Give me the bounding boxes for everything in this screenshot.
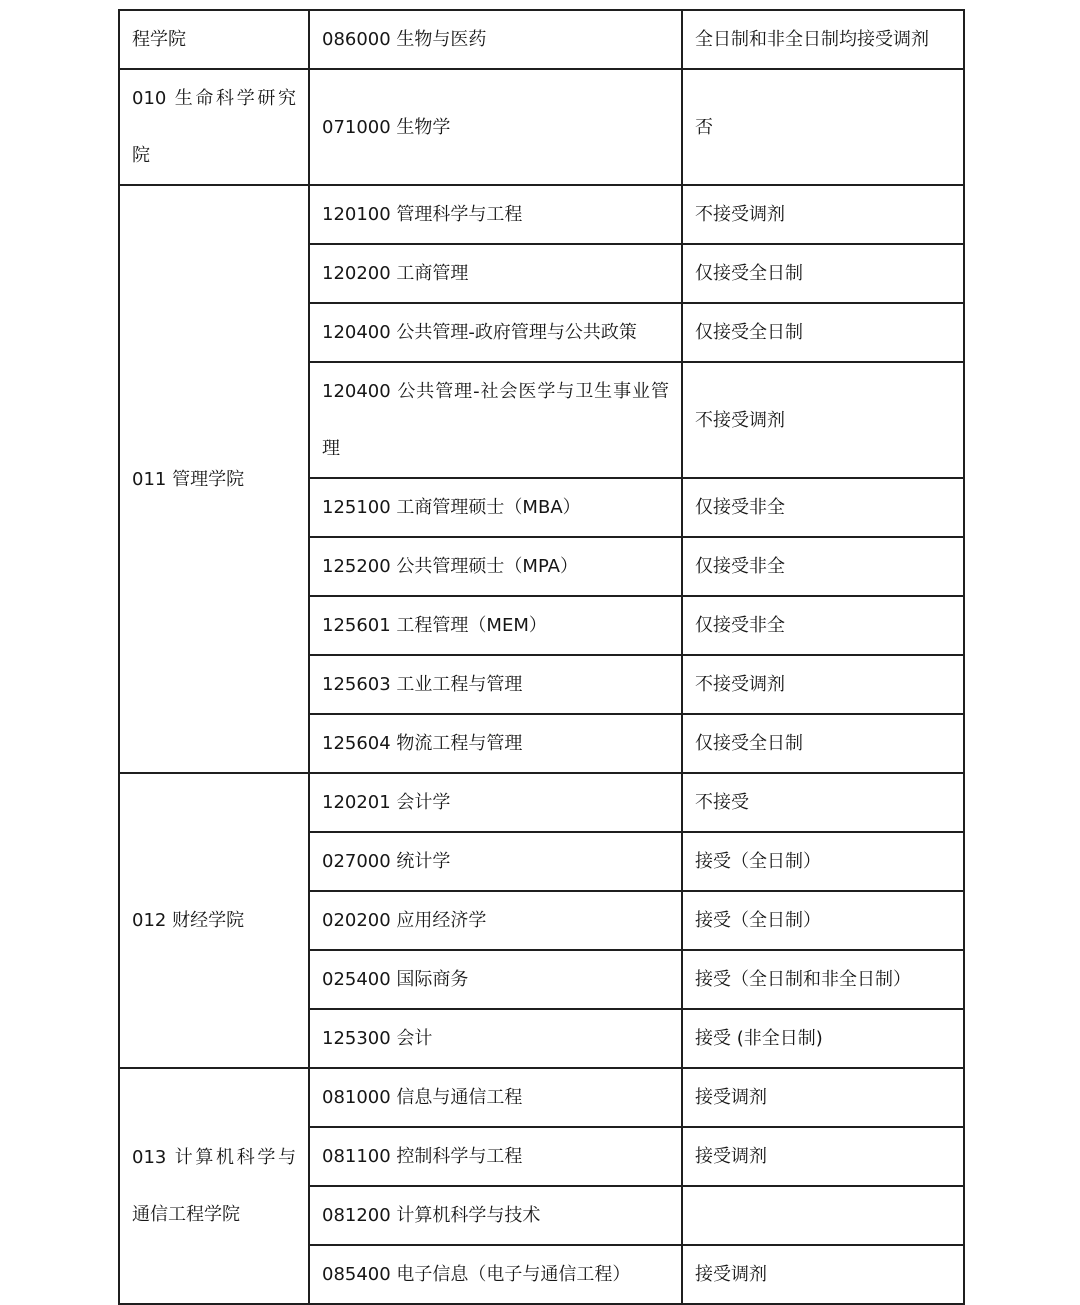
program-cell: 125604 物流工程与管理 [309,714,682,773]
status-cell: 不接受调剂 [682,185,964,244]
status-cell: 不接受调剂 [682,362,964,478]
program-cell: 120400 公共管理-社会医学与卫生事业管理 [309,362,682,478]
program-cell: 086000 生物与医药 [309,10,682,69]
program-cell: 120201 会计学 [309,773,682,832]
table-row: 010 生命科学研究院071000 生物学否 [119,69,964,185]
table-row: 012 财经学院120201 会计学不接受 [119,773,964,832]
program-cell: 081100 控制科学与工程 [309,1127,682,1186]
status-cell: 仅接受非全 [682,596,964,655]
program-cell: 120100 管理科学与工程 [309,185,682,244]
status-cell: 仅接受全日制 [682,303,964,362]
program-cell: 081000 信息与通信工程 [309,1068,682,1127]
status-cell: 接受（全日制） [682,891,964,950]
program-cell: 071000 生物学 [309,69,682,185]
program-cell: 125601 工程管理（MEM） [309,596,682,655]
program-cell: 125603 工业工程与管理 [309,655,682,714]
program-cell: 125200 公共管理硕士（MPA） [309,537,682,596]
status-cell: 全日制和非全日制均接受调剂 [682,10,964,69]
table-row: 013 计算机科学与通信工程学院081000 信息与通信工程接受调剂 [119,1068,964,1127]
status-cell: 接受调剂 [682,1245,964,1304]
program-cell: 120400 公共管理-政府管理与公共政策 [309,303,682,362]
status-cell: 仅接受全日制 [682,244,964,303]
status-cell: 接受（全日制） [682,832,964,891]
admission-adjustment-table: 程学院086000 生物与医药全日制和非全日制均接受调剂010 生命科学研究院0… [118,9,965,1305]
program-cell: 120200 工商管理 [309,244,682,303]
college-cell: 010 生命科学研究院 [119,69,309,185]
status-cell: 接受（全日制和非全日制） [682,950,964,1009]
status-cell: 否 [682,69,964,185]
status-cell: 接受调剂 [682,1127,964,1186]
table-row: 011 管理学院120100 管理科学与工程不接受调剂 [119,185,964,244]
document-page: 程学院086000 生物与医药全日制和非全日制均接受调剂010 生命科学研究院0… [118,9,965,1305]
program-cell: 027000 统计学 [309,832,682,891]
program-cell: 085400 电子信息（电子与通信工程） [309,1245,682,1304]
status-cell: 仅接受全日制 [682,714,964,773]
college-cell: 012 财经学院 [119,773,309,1068]
college-cell: 011 管理学院 [119,185,309,773]
program-cell: 125300 会计 [309,1009,682,1068]
status-cell [682,1186,964,1245]
program-cell: 125100 工商管理硕士（MBA） [309,478,682,537]
college-cell: 013 计算机科学与通信工程学院 [119,1068,309,1304]
status-cell: 仅接受非全 [682,537,964,596]
status-cell: 接受 (非全日制) [682,1009,964,1068]
table-row: 程学院086000 生物与医药全日制和非全日制均接受调剂 [119,10,964,69]
college-cell: 程学院 [119,10,309,69]
program-cell: 020200 应用经济学 [309,891,682,950]
status-cell: 仅接受非全 [682,478,964,537]
program-cell: 025400 国际商务 [309,950,682,1009]
status-cell: 接受调剂 [682,1068,964,1127]
program-cell: 081200 计算机科学与技术 [309,1186,682,1245]
status-cell: 不接受调剂 [682,655,964,714]
status-cell: 不接受 [682,773,964,832]
table-body: 程学院086000 生物与医药全日制和非全日制均接受调剂010 生命科学研究院0… [119,10,964,1304]
